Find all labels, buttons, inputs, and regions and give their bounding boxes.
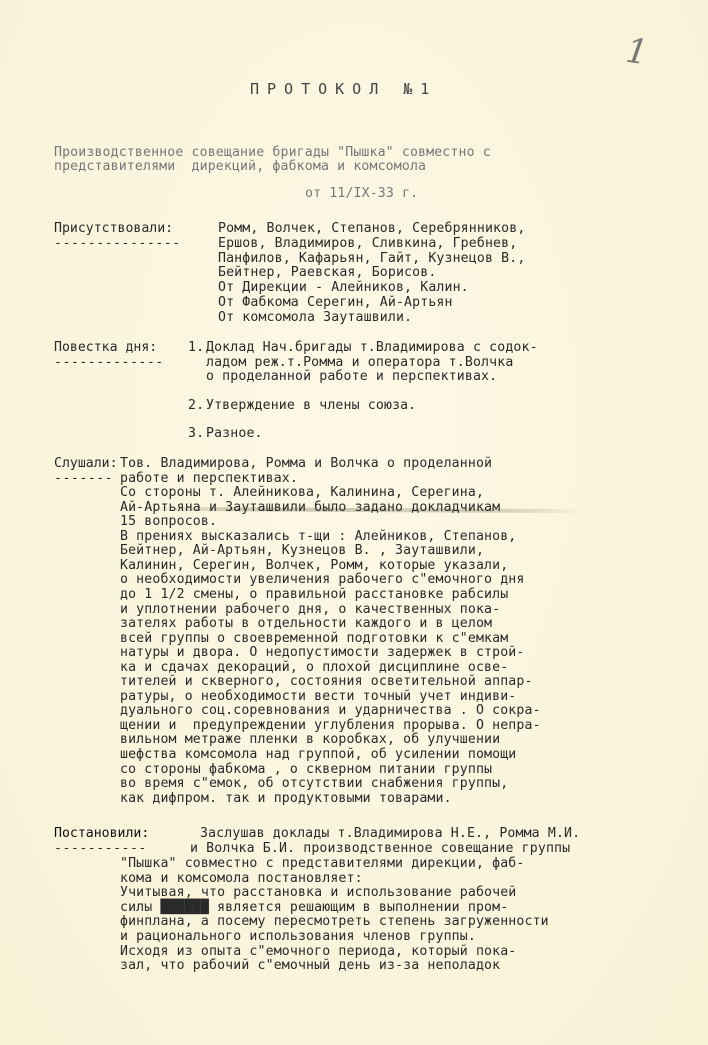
heard-line: со стороны фабкома , о скверном питании …	[120, 762, 492, 777]
heard-line: и уплотнении рабочего дня, о качественны…	[120, 602, 500, 617]
agenda-label: Повестка дня:	[54, 340, 157, 355]
attendee-line: От Фабкома Серегин, Ай-Артьян	[218, 295, 453, 310]
resolved-second-line: и Волчка Б.И. производственное совещание…	[190, 841, 570, 856]
heard-line: щении и предупреждении углубления прорыв…	[120, 718, 541, 733]
heading-line: Производственное совещание бригады "Пышк…	[54, 145, 491, 160]
document-title: ПРОТОКОЛ №1	[250, 80, 437, 98]
agenda-item-number: 3.	[188, 426, 204, 441]
heard-label: Слушали:	[54, 456, 118, 471]
resolved-line: кома и комсомола постановляет:	[120, 871, 363, 886]
agenda-item-text: ладом реж.т.Ромма и оператора т.Волчка	[206, 355, 513, 370]
heard-line: Со стороны т. Алейникова, Калинина, Сере…	[120, 485, 484, 500]
attendee-line: Ершов, Владимиров, Сливкина, Гребнев,	[218, 236, 517, 251]
heard-line: работе и перспективах.	[120, 471, 298, 486]
attendee-line: Ромм, Волчек, Степанов, Серебрянников,	[218, 221, 525, 236]
attendee-line: Бейтнер, Раевская, Борисов.	[218, 265, 436, 280]
resolved-line: Исходя из опыта с"емочного периода, кото…	[120, 944, 516, 959]
resolved-line: и рационального использования членов гру…	[120, 929, 476, 944]
attendee-line: От Дирекции - Алейников, Калин.	[218, 280, 469, 295]
heard-line: как дифпром. так и продуктовыми товарами…	[120, 791, 452, 806]
agenda-item-text: о проделанной работе и перспективах.	[206, 369, 497, 384]
heard-line: ка и сдачах декораций, о плохой дисципли…	[120, 660, 508, 675]
agenda-item-text: Утверждение в члены союза.	[206, 398, 416, 413]
resolved-line: финплана, а посему пересмотреть степень …	[120, 914, 549, 929]
heard-line: всей группы о своевременной подготовки к…	[120, 631, 508, 646]
agenda-item-number: 1.	[188, 340, 204, 355]
heard-line: Калинин, Серегин, Волчек, Ромм, которые …	[120, 558, 508, 573]
heard-line: натуры и двора. О недопустимости задерже…	[120, 645, 524, 660]
resolved-line: "Пышка" совместно с представителями дире…	[120, 856, 524, 871]
agenda-underline: -------------	[54, 355, 164, 370]
heard-underline: -------	[54, 471, 113, 486]
attendee-line: Панфилов, Кафарьян, Гайт, Кузнецов В.,	[218, 251, 525, 266]
heard-line: до 1 1/2 смены, о правильной расстановке…	[120, 587, 508, 602]
heard-line: о необходимости увеличения рабочего с"ем…	[120, 572, 524, 587]
agenda-item-number: 2.	[188, 398, 204, 413]
resolved-underline: -----------	[54, 841, 147, 856]
heard-line: зателях работы в отдельности каждого и в…	[120, 616, 492, 631]
meeting-date: от 11/IX-33 г.	[305, 186, 418, 201]
heard-line: 15 вопросов.	[120, 514, 217, 529]
document-page: 1 ПРОТОКОЛ №1 Производственное совещание…	[0, 0, 708, 1045]
heard-line: тителей и скверного, состояния осветител…	[120, 674, 533, 689]
heard-line: дуального соц.соревнования и ударничеств…	[120, 703, 541, 718]
present-underline: ---------------	[54, 236, 181, 251]
heard-line: Тов. Владимирова, Ромма и Волчка о проде…	[120, 456, 492, 471]
resolved-line: зал, что рабочий с"емочный день из-за не…	[120, 958, 500, 973]
heard-line: вильном метраже пленки в коробках, об ул…	[120, 732, 500, 747]
page-number: 1	[623, 31, 650, 74]
heard-line: ратуры, о необходимости вести точный уче…	[120, 689, 516, 704]
heard-line: В прениях высказались т-щи : Алейников, …	[120, 529, 516, 544]
agenda-item-text: Разное.	[206, 426, 263, 441]
heard-line: Бейтнер, Ай-Артьян, Кузнецов В. , Заутaш…	[120, 543, 484, 558]
present-label: Присутствовали:	[54, 221, 173, 236]
heading-line: представителями дирекций, фабкома и комс…	[54, 159, 426, 174]
heard-line: шефства комсомола над группой, об усилен…	[120, 747, 516, 762]
resolved-line: силы ██████ является решающим в выполнен…	[120, 900, 508, 915]
resolved-label: Постановили:	[54, 826, 149, 841]
attendee-line: От комсомола Заутaшвили.	[218, 310, 412, 325]
heard-line: Ай-Артьяна и Заутaшвили было задано докл…	[120, 500, 500, 515]
resolved-line: Учитывая, что расстановка и использовани…	[120, 885, 516, 900]
agenda-item-text: Доклад Нач.бригады т.Владимирова с содок…	[206, 340, 538, 355]
heard-line: во время с"емок, об отсутствии снабжения…	[120, 776, 508, 791]
resolved-first-line: Заслушав доклады т.Владимирова Н.Е., Ром…	[200, 826, 580, 841]
